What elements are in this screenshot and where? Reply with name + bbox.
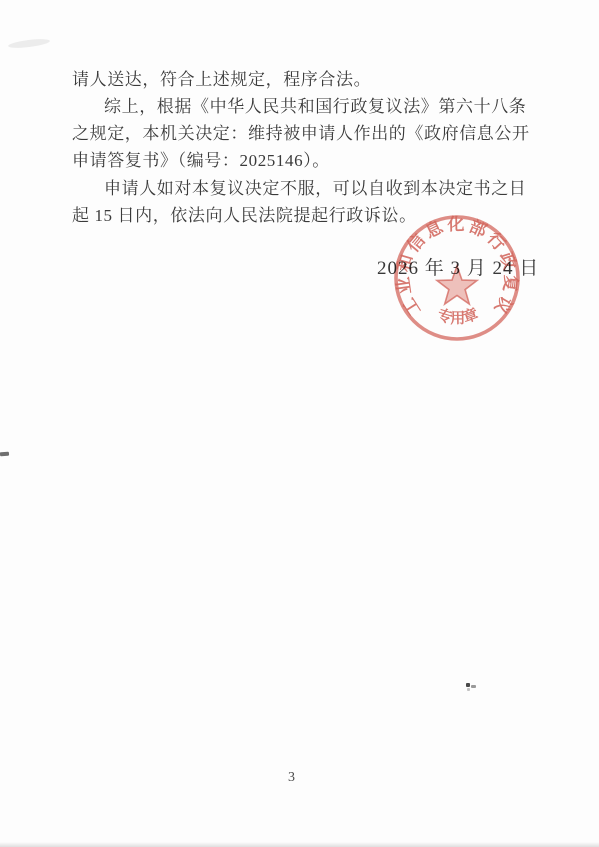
scanned-document-page: 请人送达，符合上述规定，程序合法。 综上，根据《中华人民共和国行政复议法》第六十…: [0, 0, 599, 847]
svg-text:专用章: 专用章: [435, 305, 480, 327]
document-line: 之规定，本机关决定：维持被申请人作出的《政府信息公开: [72, 122, 530, 146]
scan-speck: [466, 683, 470, 687]
scan-speck: [467, 688, 470, 691]
scan-bottom-shadow: [0, 842, 599, 847]
document-date: 2026 年 3 月 24 日: [377, 253, 539, 280]
document-line: 申请人如对本复议决定不服，可以自收到本决定书之日: [104, 177, 526, 201]
page-number: 3: [288, 770, 295, 786]
document-line: 请人送达，符合上述规定，程序合法。: [72, 68, 371, 92]
scan-speck: [471, 685, 476, 688]
scan-smudge: [8, 37, 51, 49]
scan-edge-mark: [0, 452, 9, 457]
document-line: 综上，根据《中华人民共和国行政复议法》第六十八条: [104, 95, 526, 119]
document-line: 起 15 日内，依法向人民法院提起行政诉讼。: [72, 204, 417, 228]
document-line: 申请答复书》（编号：2025146）。: [72, 149, 330, 173]
seal-bottom-text: 专用章: [435, 305, 480, 327]
